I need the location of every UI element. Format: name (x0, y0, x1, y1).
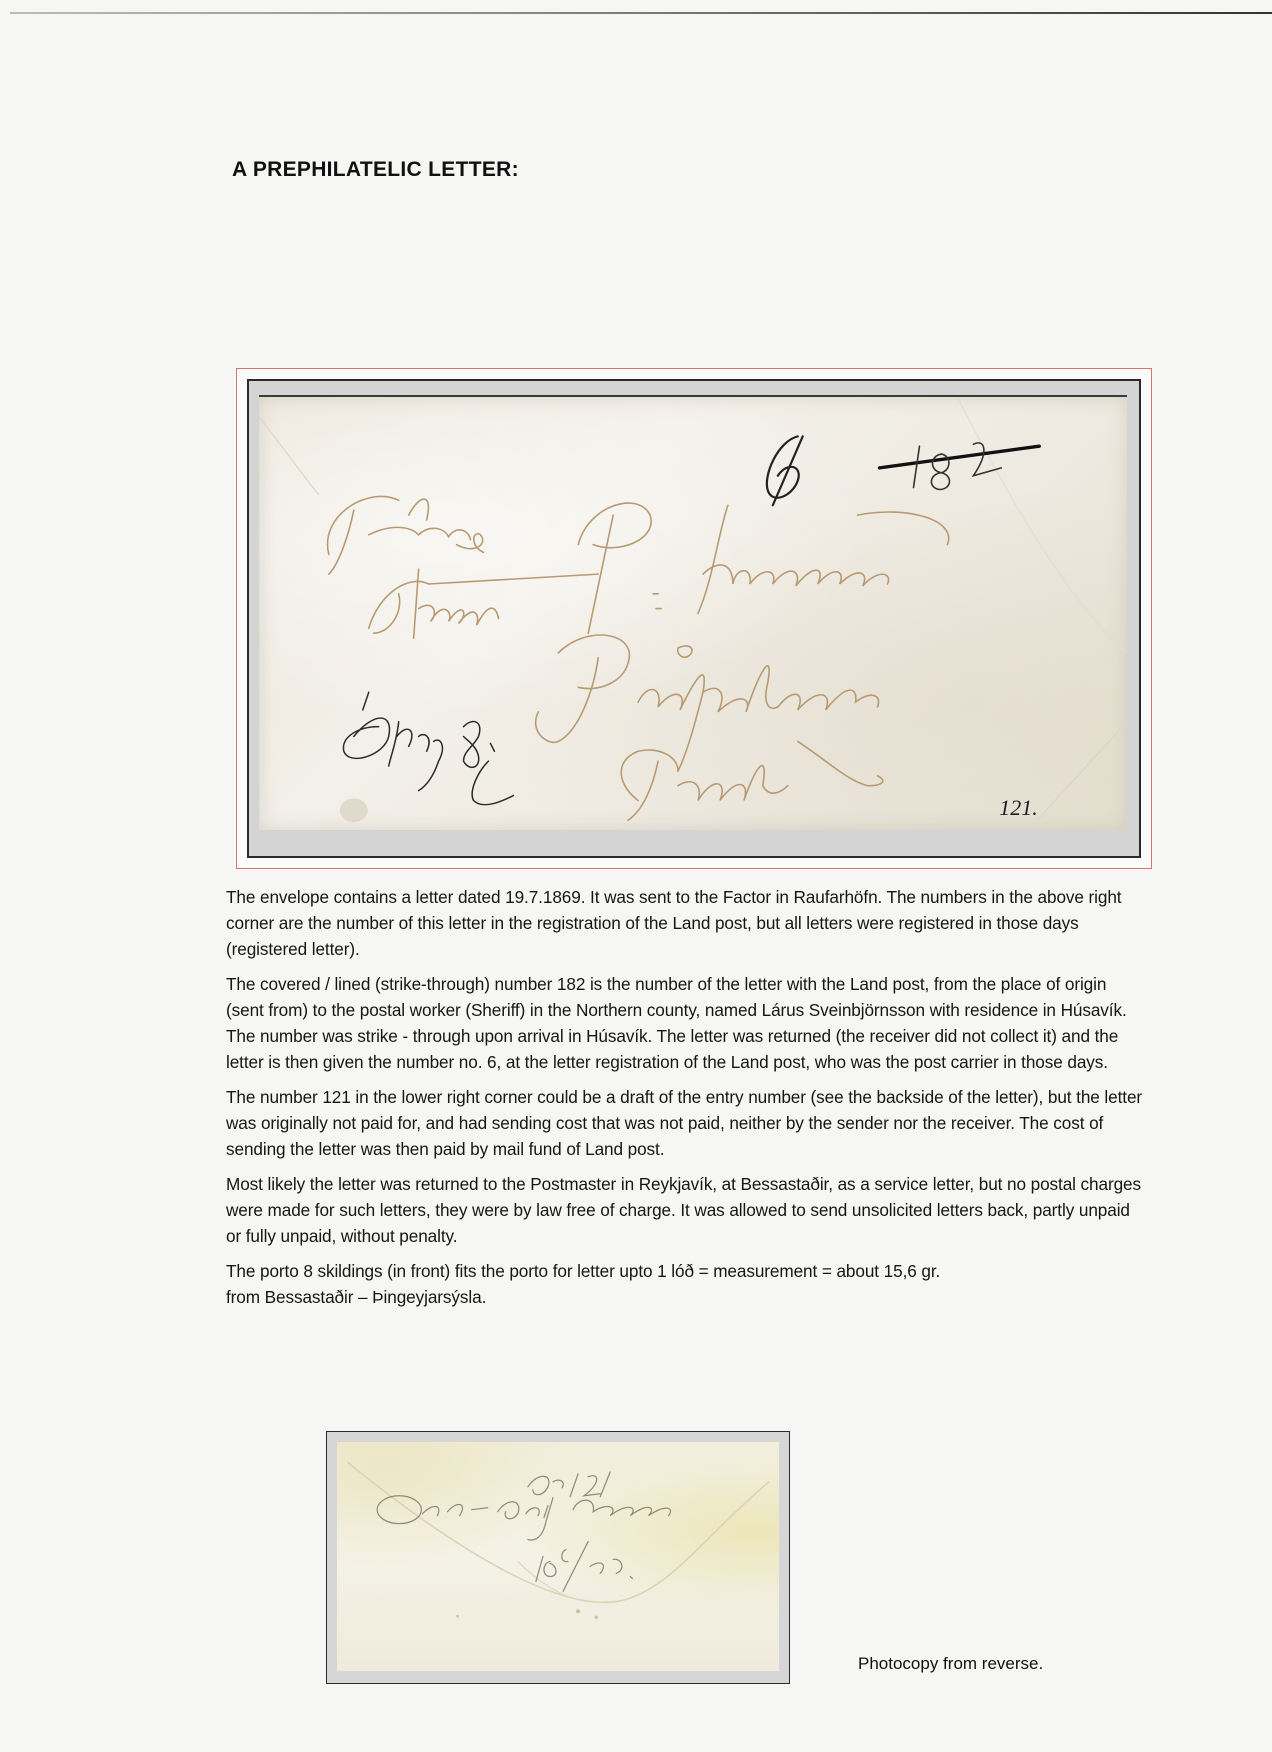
envelope-front-inner-frame: 121. (247, 379, 1141, 858)
paragraph-letter-date: The envelope contains a letter dated 19.… (226, 884, 1146, 962)
envelope-handwriting: 121. (259, 397, 1127, 830)
reverse-caption: Photocopy from reverse. (858, 1654, 1043, 1674)
paragraph-porto: The porto 8 skildings (in front) fits th… (226, 1258, 1146, 1310)
page-title: A PREPHILATELIC LETTER: (232, 158, 519, 182)
envelope-reverse-mount (326, 1431, 790, 1684)
page-top-rule (10, 12, 1272, 14)
paragraph-returned-letter: Most likely the letter was returned to t… (226, 1171, 1146, 1249)
envelope-front-mount: 121. (236, 368, 1152, 869)
envelope-reverse-image (337, 1442, 779, 1671)
paragraph-number-121: The number 121 in the lower right corner… (226, 1084, 1146, 1162)
lower-right-number: 121. (999, 796, 1037, 820)
reverse-handwriting (337, 1442, 779, 1671)
paragraph-number-182: The covered / lined (strike-through) num… (226, 971, 1146, 1075)
description-text: The envelope contains a letter dated 19.… (226, 884, 1146, 1319)
envelope-front-image: 121. (259, 395, 1127, 830)
